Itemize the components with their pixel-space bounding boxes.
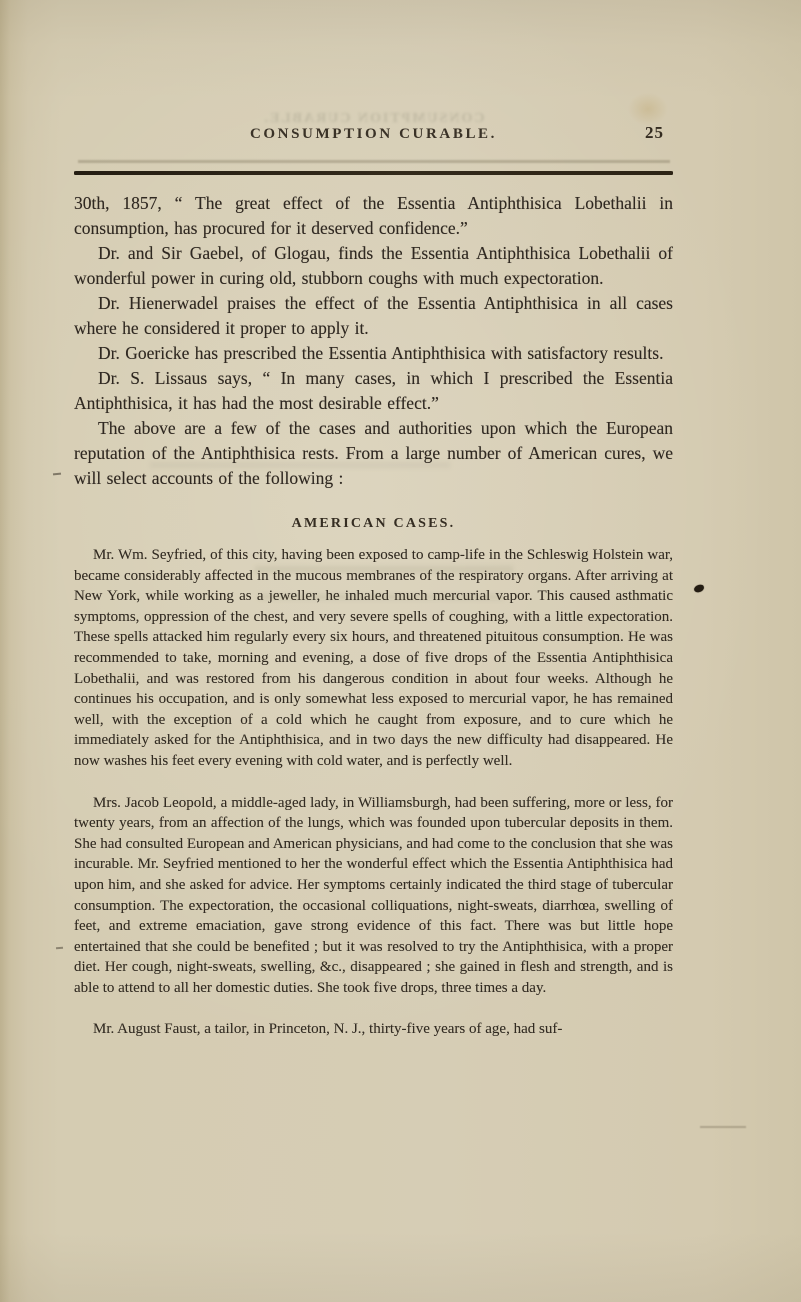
ink-spot-artifact — [693, 584, 704, 593]
book-page-scan: CONSUMPTION CURABLE. CONSUMPTION CURABLE… — [0, 0, 801, 1302]
faint-dash-artifact — [700, 1126, 746, 1128]
intro-paragraph-6: The above are a few of the cases and aut… — [74, 416, 673, 491]
intro-section: 30th, 1857, “ The great effect of the Es… — [74, 191, 673, 491]
intro-paragraph-1: 30th, 1857, “ The great effect of the Es… — [74, 191, 673, 241]
header-rule — [74, 171, 673, 175]
intro-paragraph-2: Dr. and Sir Gaebel, of Glogau, finds the… — [74, 241, 673, 291]
case-paragraph-faust: Mr. August Faust, a tailor, in Princeton… — [74, 1019, 673, 1040]
intro-paragraph-3: Dr. Hienerwadel praises the effect of th… — [74, 291, 673, 341]
margin-mark-artifact — [56, 947, 63, 949]
case-paragraph-leopold: Mrs. Jacob Leopold, a middle-aged lady, … — [74, 793, 673, 999]
header-rule-faint — [78, 160, 670, 163]
intro-paragraph-5: Dr. S. Lissaus says, “ In many cases, in… — [74, 366, 673, 416]
page-number: 25 — [74, 123, 664, 143]
page-body: 30th, 1857, “ The great effect of the Es… — [74, 191, 673, 1040]
cases-section: Mr. Wm. Seyfried, of this city, having b… — [74, 545, 673, 1040]
case-paragraph-seyfried: Mr. Wm. Seyfried, of this city, having b… — [74, 545, 673, 772]
margin-mark-artifact — [53, 473, 61, 476]
section-heading-american-cases: AMERICAN CASES. — [74, 516, 673, 532]
intro-paragraph-4: Dr. Goericke has prescribed the Essentia… — [74, 341, 673, 366]
